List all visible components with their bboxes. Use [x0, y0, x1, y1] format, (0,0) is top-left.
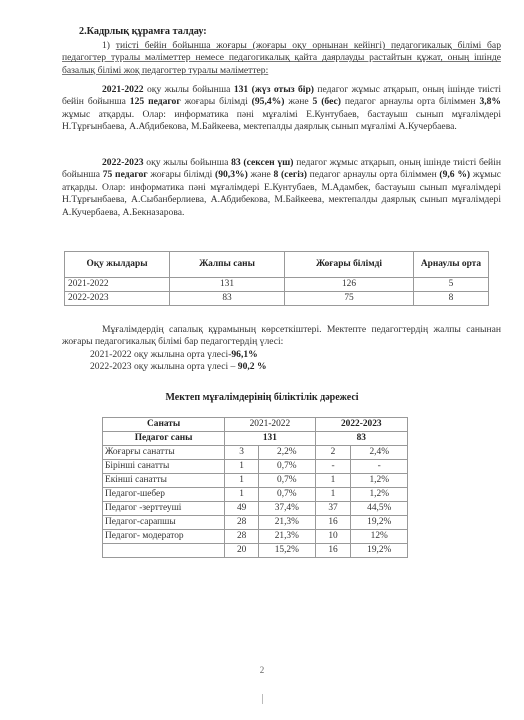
table-row: Педагог-сарапшы2821,3%1619,2% — [103, 516, 408, 530]
item-1-number: 1) — [102, 40, 110, 51]
column-header: Жоғары білімді — [285, 252, 414, 278]
year-label: 2021-2022 — [102, 84, 144, 95]
total-count: 131 (жүз отыз бір) — [234, 84, 314, 95]
education-table: Оқу жылдары Жалпы саны Жоғары білімді Ар… — [64, 251, 489, 306]
qualification-table-title: Мектеп мұғалімдерінің біліктілік дәрежес… — [0, 392, 524, 404]
table-row: Педагог-шебер10,7%11,2% — [103, 488, 408, 502]
table-header-row: Санаты 2021-2022 2022-2023 — [103, 418, 408, 432]
table-row: 2015,2%1619,2% — [103, 544, 408, 558]
paragraph-2021-2022: 2021-2022 оқу жылы бойынша 131 (жүз отыз… — [62, 84, 501, 134]
qualification-table: Санаты 2021-2022 2022-2023 Педагог саны … — [102, 417, 408, 558]
column-header: Жалпы саны — [170, 252, 285, 278]
table-row: Педагог- модератор2821,3%1012% — [103, 530, 408, 544]
page-number: 2 — [0, 664, 524, 676]
table-row: Екінші санатты10,7%11,2% — [103, 474, 408, 488]
share-2021: 2021-2022 оқу жылына орта үлесі-96,1% — [62, 349, 501, 361]
higher-count: 75 педагог — [103, 169, 148, 180]
table-row: 2021-2022 131 126 5 — [65, 278, 489, 292]
year-label: 2022-2023 — [102, 157, 144, 168]
scan-mark — [262, 694, 263, 704]
special-percent: 3,8% — [479, 96, 501, 107]
quality-paragraph: Мұғалімдердің сапалық құрамының көрсеткі… — [62, 324, 501, 374]
document-page: 2.Кадрлық құрамға талдау: 1) тиісті бейі… — [0, 0, 524, 720]
table-header-row: Оқу жылдары Жалпы саны Жоғары білімді Ар… — [65, 252, 489, 278]
table-row: 2022-2023 83 75 8 — [65, 292, 489, 306]
special-count: 8 (сегіз) — [274, 169, 307, 180]
table-row: Педагог -зерттеуші4937,4%3744,5% — [103, 502, 408, 516]
share-2022: 2022-2023 оқу жылына орта үлесі – 90,2 % — [62, 361, 501, 373]
special-percent: (9,6 %) — [439, 169, 470, 180]
special-count: 5 (бес) — [313, 96, 341, 107]
column-header: Оқу жылдары — [65, 252, 170, 278]
item-1-paragraph: 1) тиісті бейін бойынша жоғары (жоғары о… — [62, 40, 501, 77]
higher-percent: (90,3%) — [215, 169, 248, 180]
higher-percent: (95,4%) — [252, 96, 285, 107]
total-count: 83 (сексен үш) — [231, 157, 293, 168]
table-row: Бірінші санатты10,7%-- — [103, 460, 408, 474]
table-row: Жоғарғы санатты32,2%22,4% — [103, 446, 408, 460]
column-header: Арнаулы орта — [414, 252, 489, 278]
table-count-row: Педагог саны 131 83 — [103, 432, 408, 446]
paragraph-2022-2023: 2022-2023 оқу жылы бойынша 83 (сексен үш… — [62, 157, 501, 219]
section-heading: 2.Кадрлық құрамға талдау: — [79, 26, 207, 38]
item-1-text: тиісті бейін бойынша жоғары (жоғары оқу … — [62, 40, 501, 76]
higher-count: 125 педагог — [130, 96, 181, 107]
